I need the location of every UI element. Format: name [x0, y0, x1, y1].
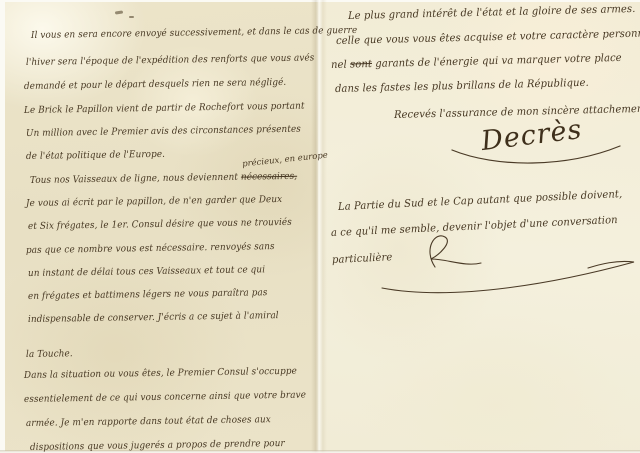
- line-text: garants de l'énergie qui va marquer votr…: [372, 52, 622, 70]
- handwritten-line: Un million avec le Premier avis des circ…: [26, 124, 301, 140]
- struck-word: sont: [350, 58, 372, 71]
- handwritten-line: Il vous en sera encore envoyé successive…: [31, 25, 357, 42]
- signature-flourish: [446, 142, 626, 170]
- handwritten-line: pas que ce nombre vous est nécessaire. r…: [26, 241, 275, 257]
- handwritten-line: de l'état politique de l'Europe.: [26, 149, 165, 163]
- ink-smudge: [115, 10, 123, 14]
- handwritten-line: en frégates et battimens légers ne vous …: [28, 287, 268, 303]
- ink-smudge: [129, 16, 134, 18]
- handwritten-line: celle que vous vous êtes acquise et votr…: [336, 27, 640, 47]
- handwritten-line: l'hiver sera l'époque de l'expédition de…: [26, 52, 315, 69]
- handwritten-line: nel sont garants de l'énergie qui va mar…: [331, 52, 622, 71]
- handwritten-line: Le plus grand intérêt de l'état et la gl…: [348, 3, 636, 22]
- handwritten-line: Le Brick le Papillon vient de partir de …: [24, 101, 305, 117]
- line-text: nel: [331, 59, 350, 71]
- line-text: Tous nos Vaisseaux de ligne, nous devien…: [30, 172, 241, 186]
- letter-page-right: Le plus grand intérêt de l'état et la gl…: [318, 2, 640, 451]
- handwritten-line: la Touche.: [26, 348, 73, 361]
- handwritten-line: dans les fastes les plus brillans de la …: [335, 77, 589, 95]
- handwritten-line: armée. Je m'en rapporte dans tout état d…: [26, 414, 271, 430]
- handwritten-line: Dans la situation ou vous êtes, le Premi…: [24, 366, 297, 382]
- struck-word: nécessaires,: [241, 171, 297, 183]
- handwritten-line: Tous nos Vaisseaux de ligne, nous devien…: [30, 171, 297, 187]
- underline-swash: [376, 254, 640, 296]
- handwritten-line: Je vous ai écrit par le papillon, de n'e…: [26, 194, 282, 210]
- letter-scan: Il vous en sera encore envoyé successive…: [0, 0, 640, 453]
- handwritten-line: indispensable de conserver. J'écris a ce…: [28, 310, 279, 326]
- closing-line: Recevés l'assurance de mon sincère attac…: [394, 103, 640, 121]
- handwritten-line: demandé et pour le départ desquels rien …: [24, 77, 286, 93]
- handwritten-line: essentielement de ce qui vous concerne a…: [24, 390, 306, 406]
- handwritten-line: et Six frégates, le 1er. Consul désire q…: [28, 217, 292, 233]
- postscript-line: La Partie du Sud et le Cap autant que po…: [338, 188, 623, 213]
- interlinear-correction: précieux, en europe: [242, 151, 329, 170]
- handwritten-line: un instant de délai tous ces Vaisseaux e…: [28, 264, 265, 280]
- letter-page-left: Il vous en sera encore envoyé successive…: [5, 2, 318, 451]
